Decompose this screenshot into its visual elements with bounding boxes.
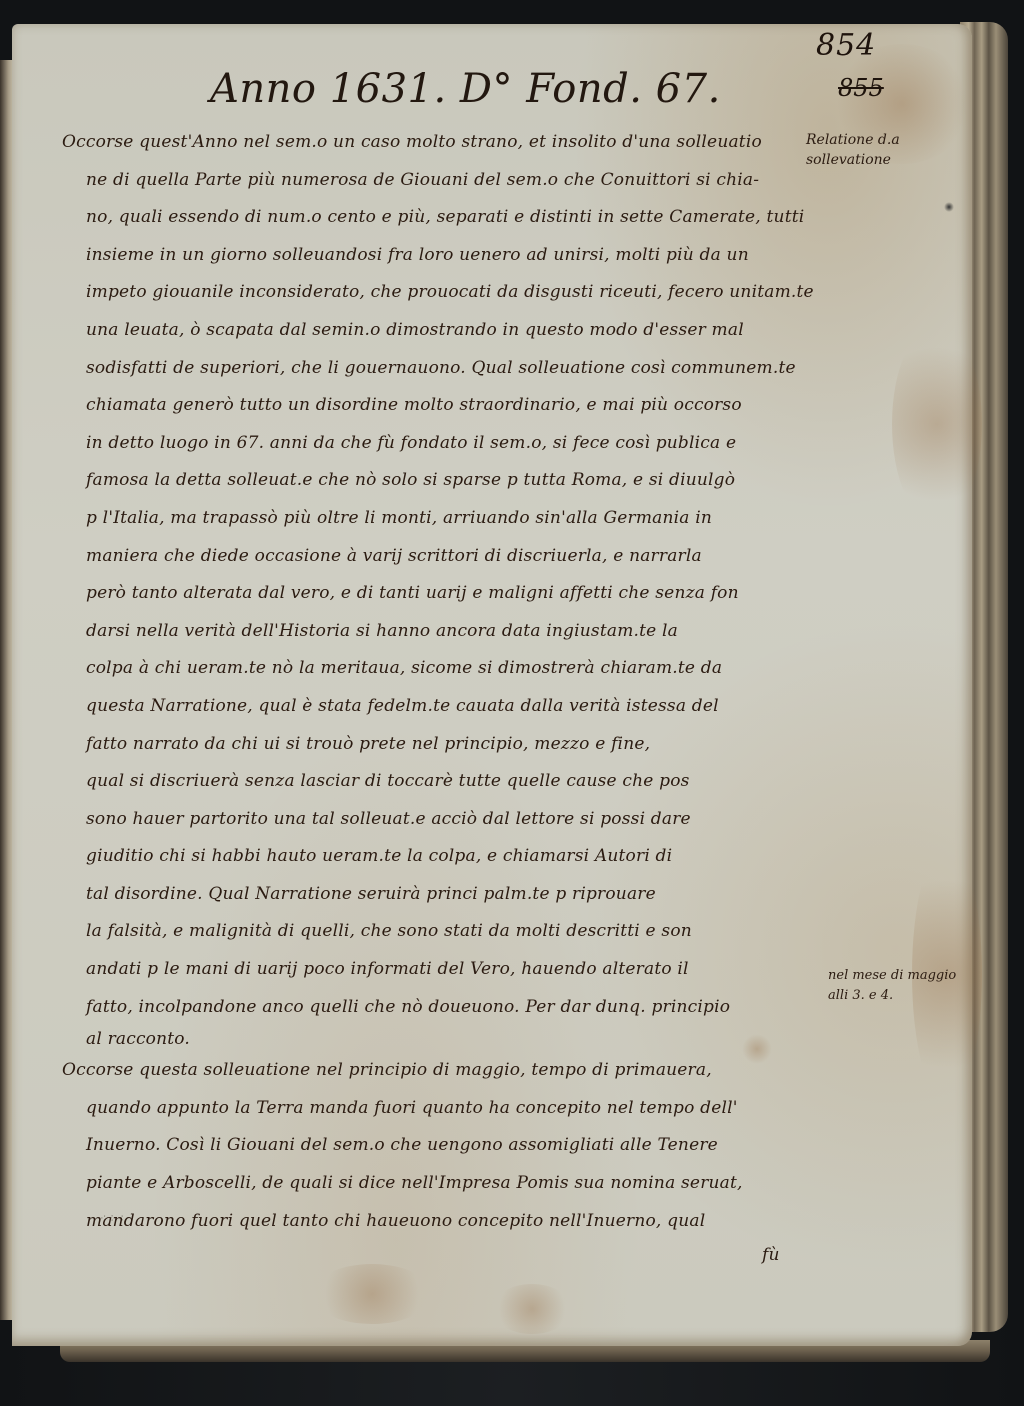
text-line: sono hauer partorito una tal solleuat.e … (62, 801, 802, 839)
text-line: piante e Arboscelli, de quali si dice ne… (62, 1165, 802, 1203)
text-line: Inuerno. Così li Giouani del sem.o che u… (62, 1127, 802, 1165)
text-line: sodisfatti de superiori, che li gouernau… (62, 350, 802, 388)
text-line: famosa la detta solleuat.e che nò solo s… (62, 462, 802, 500)
manuscript-body: Occorse quest'Anno nel sem.o un caso mol… (62, 124, 802, 1270)
paragraph-2: Occorse questa solleuatione nel principi… (62, 1052, 802, 1270)
text-line: quando appunto la Terra manda fuori quan… (62, 1090, 802, 1128)
paragraph-1: Occorse quest'Anno nel sem.o un caso mol… (62, 124, 802, 1052)
catchword: fù (62, 1240, 802, 1270)
text-line: maniera che diede occasione à varij scri… (62, 538, 802, 576)
stain (312, 1264, 432, 1324)
text-line: colpa à chi ueram.te nò la meritaua, sic… (62, 650, 802, 688)
text-line: Occorse quest'Anno nel sem.o un caso mol… (62, 124, 802, 162)
page-heading: Anno 1631. D° Fond. 67. (210, 66, 721, 112)
margin-note-relatione: Relatione d.a sollevatione (806, 130, 900, 170)
text-line: tal disordine. Qual Narratione seruirà p… (62, 876, 802, 914)
text-line: p l'Italia, ma trapassò più oltre li mon… (62, 500, 802, 538)
text-line: andati p le mani di uarij poco informati… (62, 951, 802, 989)
text-line: insieme in un giorno solleuandosi fra lo… (62, 237, 802, 275)
text-line: in detto luogo in 67. anni da che fù fon… (62, 425, 802, 463)
text-line: però tanto alterata dal vero, e di tanti… (62, 575, 802, 613)
margin-note-line: alli 3. e 4. (828, 986, 956, 1006)
corner-mark: ⁖⁘⁖ (100, 1212, 125, 1225)
margin-note-line: Relatione d.a (806, 130, 900, 150)
text-line: questa Narratione, qual è stata fedelm.t… (62, 688, 802, 726)
text-line: mandarono fuori quel tanto chi haueuono … (62, 1203, 802, 1241)
margin-note-line: nel mese di maggio (828, 966, 956, 986)
folio-number-struck: 855 (838, 74, 884, 102)
text-line: chiamata generò tutto un disordine molto… (62, 387, 802, 425)
text-line: fatto narrato da chi ui si trouò prete n… (62, 726, 802, 764)
stain (892, 324, 982, 524)
text-line: una leuata, ò scapata dal semin.o dimost… (62, 312, 802, 350)
margin-note-line: sollevatione (806, 150, 900, 170)
ink-spot (944, 202, 954, 212)
margin-note-maggio: nel mese di maggio alli 3. e 4. (828, 966, 956, 1006)
text-line: ne di quella Parte più numerosa de Gioua… (62, 162, 802, 200)
text-line: la falsità, e malignità di quelli, che s… (62, 913, 802, 951)
text-line: darsi nella verità dell'Historia si hann… (62, 613, 802, 651)
text-line: Occorse questa solleuatione nel principi… (62, 1052, 802, 1090)
stain (492, 1284, 572, 1334)
text-line: no, quali essendo di num.o cento e più, … (62, 199, 802, 237)
text-line: fatto, incolpandone anco quelli che nò d… (62, 989, 802, 1027)
text-line: impeto giouanile inconsiderato, che prou… (62, 274, 802, 312)
folio-number: 854 (816, 28, 876, 63)
text-line: al racconto. (62, 1026, 802, 1052)
text-line: giuditio chi si habbi hauto ueram.te la … (62, 838, 802, 876)
text-line: qual si discriuerà senza lasciar di tocc… (62, 763, 802, 801)
